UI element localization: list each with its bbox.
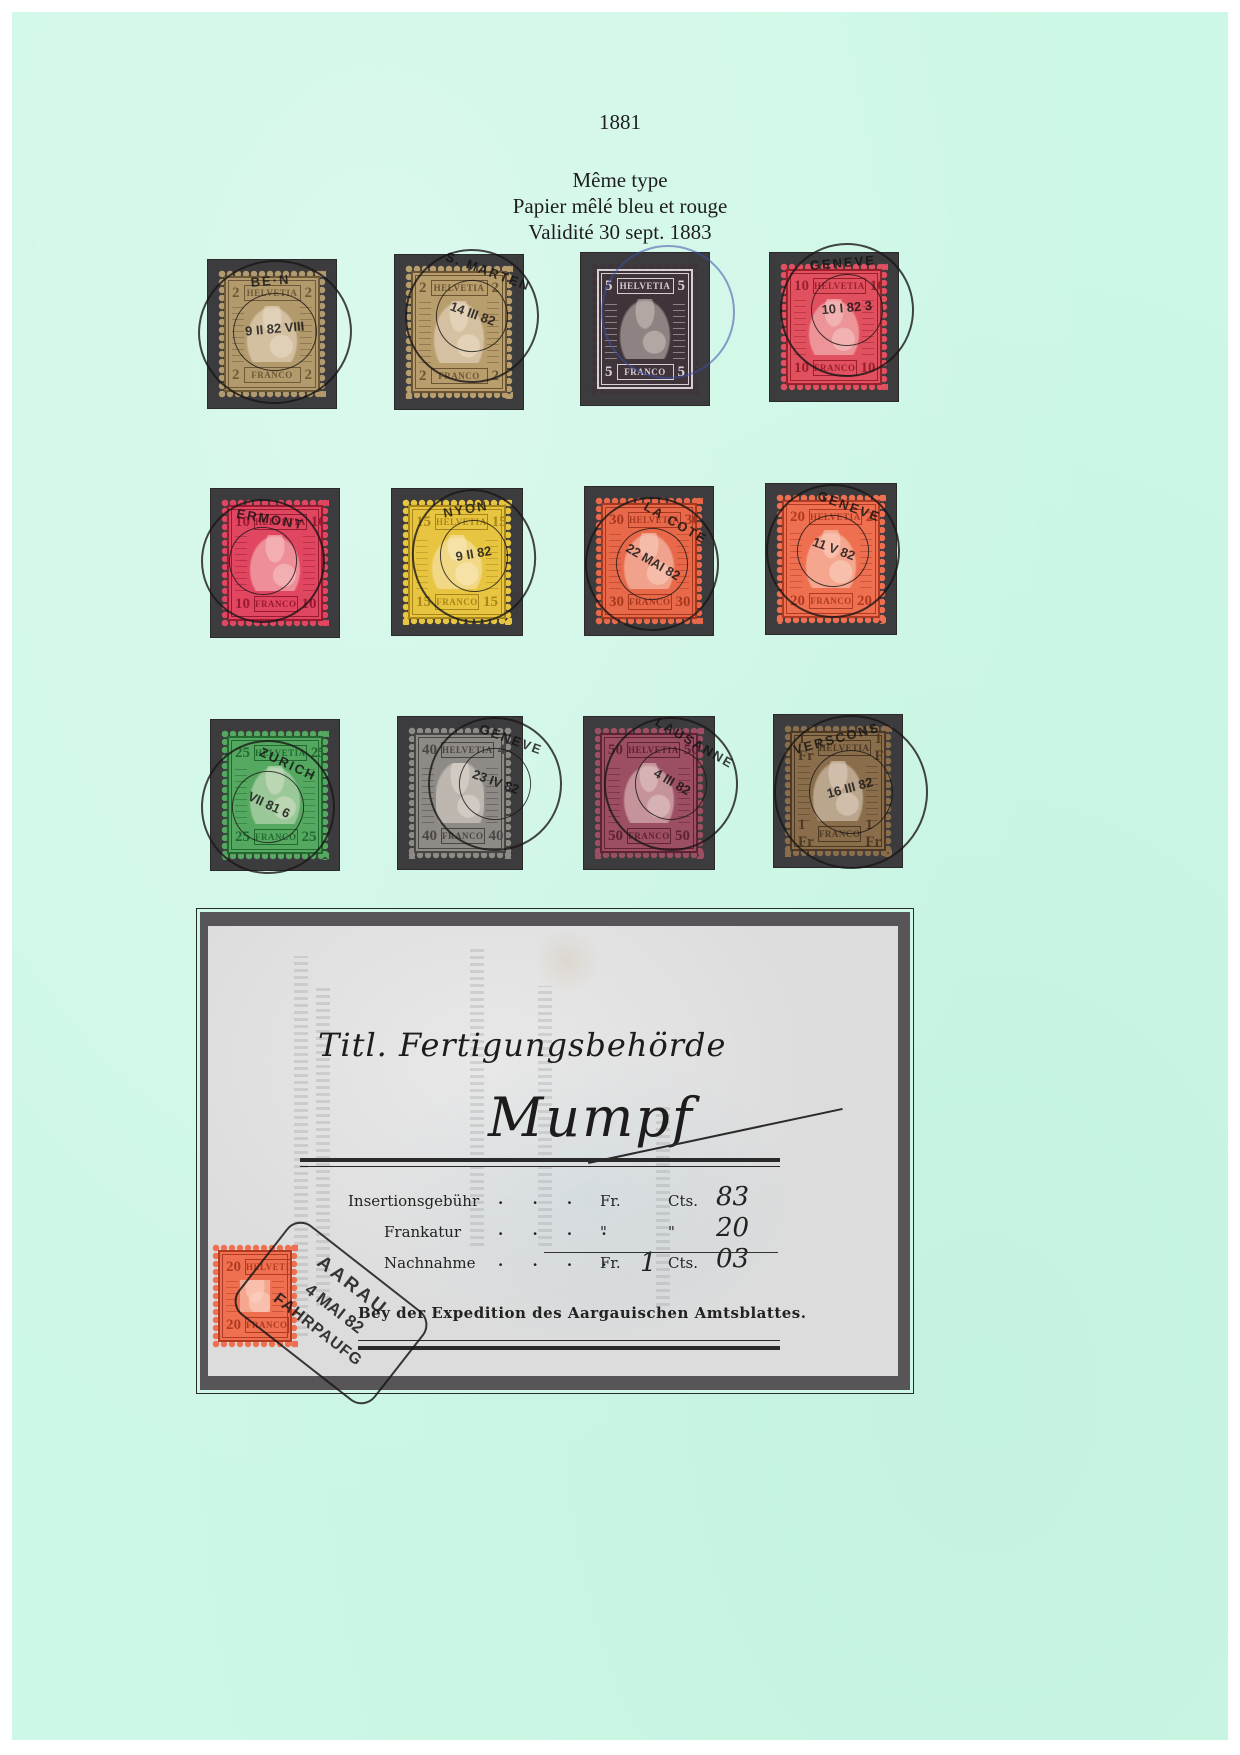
stamp-value: 2 xyxy=(492,368,500,385)
stamp-franco: FRANCO xyxy=(441,828,485,844)
stamp-value: 30 xyxy=(609,594,624,611)
stamp-value: 50 xyxy=(608,828,623,845)
stamp-top-band: 5 HELVETIA 5 xyxy=(605,277,685,295)
stamp-franco: FRANCO xyxy=(818,826,862,842)
seated-helvetia-figure xyxy=(249,535,301,591)
stamp-value: 1 Fr xyxy=(875,731,886,765)
stamp: 15 HELVETIA 15 15 FRANCO 15 xyxy=(402,499,512,625)
side-ornament xyxy=(678,763,690,823)
side-ornament xyxy=(798,761,810,821)
stamp-mount: 20 HELVETIA 20 20 FRANCO 20 GENEVE 11 V … xyxy=(766,484,896,634)
page-subtitle: Même type Papier mêlé bleu et rouge Vali… xyxy=(12,167,1228,245)
stamp-mount: 15 HELVETIA 15 15 FRANCO 15 NYON 9 II 82 xyxy=(392,489,522,635)
seated-helvetia-figure xyxy=(812,761,864,821)
stamp-value: 30 xyxy=(609,512,624,529)
seated-helvetia-figure xyxy=(619,299,671,359)
stamp-top-band: 30 HELVETIA 30 xyxy=(609,511,689,529)
stamp-country: HELVETIA xyxy=(435,514,488,530)
stamp-top-band: 10 HELVETIA 10 xyxy=(235,513,315,531)
stamp-country: HELVETIA xyxy=(818,740,871,756)
stamp-franco: FRANCO xyxy=(628,594,672,610)
stamp-value: 40 xyxy=(489,828,504,845)
seated-helvetia-figure xyxy=(808,299,860,355)
stamp-value: 10 xyxy=(302,596,317,613)
stamp-value: 1 Fr xyxy=(798,817,814,851)
stamp-value: 10 xyxy=(794,278,809,295)
sum-rule xyxy=(544,1252,778,1253)
stamp-face: 50 HELVETIA 50 50 FRANCO 50 xyxy=(600,733,698,853)
stamp: 25 HELVETIA 25 25 FRANCO 25 xyxy=(221,730,329,860)
stamp-value: 15 xyxy=(492,514,506,531)
stamp-value: 1 Fr xyxy=(865,817,881,851)
stamp-face: 2 HELVETIA 2 2 FRANCO 2 xyxy=(224,276,320,392)
stamp-value: 1 Fr xyxy=(798,731,814,765)
side-ornament xyxy=(487,301,499,363)
cover-paper: Titl. Fertigungsbehörde Mumpf Insertions… xyxy=(208,926,898,1376)
stamp-country: HELVETIA xyxy=(813,278,866,294)
stamp-franco: FRANCO xyxy=(627,828,671,844)
stamp-top-band: 20 HELVETIA 20 xyxy=(790,508,872,526)
stamp-value: 5 xyxy=(605,278,613,295)
stamp-top-band: 1 Fr HELVETIA 1 Fr xyxy=(798,739,878,757)
stamp-top-band: 15 HELVETIA 15 xyxy=(416,513,498,531)
rule-bottom-thin xyxy=(358,1340,780,1341)
stamp-value: 10 xyxy=(861,360,876,377)
stamp-mount: 10 HELVETIA 10 10 FRANCO 10 GENEVE 10 I … xyxy=(770,253,898,401)
stamp: 5 HELVETIA 5 5 FRANCO 5 xyxy=(591,263,699,395)
stamp-mount: 2 HELVETIA 2 2 FRANCO 2 BE·N 9 II 82 VII… xyxy=(208,260,336,408)
fee-label: Nachnahme xyxy=(384,1254,476,1272)
stamp: 40 HELVETIA 40 40 FRANCO 40 xyxy=(408,727,512,859)
stamp-value: 20 xyxy=(226,1317,241,1334)
stamp-value: 10 xyxy=(235,596,250,613)
stamp-value: 50 xyxy=(675,828,690,845)
stamp-mount: 2 HELVETIA 2 2 FRANCO 2 S. MARTEN 14 III… xyxy=(395,255,523,409)
fee-table: Insertionsgebühr . . . Fr. Cts. 83 Frank… xyxy=(348,1188,788,1281)
stamp-top-band: 50 HELVETIA 50 xyxy=(608,741,690,759)
page-year: 1881 xyxy=(12,110,1228,135)
seated-helvetia-figure xyxy=(623,533,675,589)
stamp-value: 25 xyxy=(235,829,250,846)
stamp-franco: FRANCO xyxy=(809,593,853,609)
stamp-country: HELVETIA xyxy=(441,742,494,758)
address-recipient: Titl. Fertigungsbehörde xyxy=(318,1026,726,1064)
stamp-franco: FRANCO xyxy=(254,596,298,612)
stamp-face: 10 HELVETIA 10 10 FRANCO 10 xyxy=(227,505,323,621)
side-ornament xyxy=(862,299,874,355)
stamp-value: 10 xyxy=(870,278,882,295)
subtitle-line-validity: Validité 30 sept. 1883 xyxy=(12,219,1228,245)
stamp-value: 10 xyxy=(794,360,809,377)
seated-helvetia-figure xyxy=(430,535,484,589)
stamp-franco: FRANCO xyxy=(254,829,298,845)
stamp-value: 2 xyxy=(232,367,240,384)
subtitle-line-paper: Papier mêlé bleu et rouge xyxy=(12,193,1228,219)
stamp-value: 5 xyxy=(605,364,613,381)
stamp-value: 2 xyxy=(419,368,427,385)
stamp-country: HELVETIA xyxy=(254,745,307,761)
stamp-value: 5 xyxy=(678,364,686,381)
seated-helvetia-figure xyxy=(249,766,301,824)
side-ornament xyxy=(673,299,685,359)
stamp-value: 50 xyxy=(684,742,698,759)
side-ornament xyxy=(605,299,617,359)
side-ornament xyxy=(866,761,878,821)
stamp-mount: 5 HELVETIA 5 5 FRANCO 5 xyxy=(581,253,709,405)
stamp-franco: FRANCO xyxy=(431,368,488,384)
stamp-value: 20 xyxy=(866,509,880,526)
stamp-value: 30 xyxy=(685,512,697,529)
stamp-top-band: 2 HELVETIA 2 xyxy=(419,279,499,297)
stamp-face: 20 HELVETIA 20 20 FRANCO 20 xyxy=(782,500,880,618)
stamp-value: 10 xyxy=(235,514,250,531)
stamp: 10 HELVETIA 10 10 FRANCO 10 xyxy=(780,263,888,391)
postal-cover: Titl. Fertigungsbehörde Mumpf Insertions… xyxy=(196,908,914,1394)
seated-helvetia-figure xyxy=(804,530,858,588)
stamp-value: 40 xyxy=(498,742,506,759)
stamp: 30 HELVETIA 30 30 FRANCO 30 xyxy=(595,497,703,625)
stamp-face: 15 HELVETIA 15 15 FRANCO 15 xyxy=(408,505,506,619)
stamp-bottom-band: 20 FRANCO 20 xyxy=(790,592,872,610)
stamp-face: 30 HELVETIA 30 30 FRANCO 30 xyxy=(601,503,697,619)
stamp-mount: 30 HELVETIA 30 30 FRANCO 30 LA COTE 22 M… xyxy=(585,487,713,635)
side-ornament xyxy=(235,535,247,591)
stamp-bottom-band: 10 FRANCO 10 xyxy=(794,359,874,377)
stamp-top-band: 25 HELVETIA 25 xyxy=(235,744,315,762)
rule-bottom xyxy=(358,1346,780,1350)
stamp-face: 5 HELVETIA 5 5 FRANCO 5 xyxy=(597,269,693,389)
side-ornament xyxy=(422,763,434,823)
seated-helvetia-figure xyxy=(436,763,484,823)
stamp-value: 5 xyxy=(678,278,686,295)
side-ornament xyxy=(486,535,498,589)
stamp-value: 25 xyxy=(302,829,317,846)
stamp-bottom-band: 10 FRANCO 10 xyxy=(235,595,315,613)
side-ornament xyxy=(235,766,247,824)
side-ornament xyxy=(608,763,620,823)
stamp-value: 2 xyxy=(492,280,500,297)
stamp-value: 40 xyxy=(422,828,437,845)
stamp-value: 2 xyxy=(305,285,313,302)
seated-helvetia-figure xyxy=(246,306,298,362)
stamp-value: 15 xyxy=(483,594,498,611)
stamp-value: 20 xyxy=(790,593,805,610)
stamp-top-band: 40 HELVETIA 40 xyxy=(422,741,498,759)
stamp-bottom-band: 40 FRANCO 40 xyxy=(422,827,498,845)
stamp-bottom-band: 5 FRANCO 5 xyxy=(605,363,685,381)
cover-mount: Titl. Fertigungsbehörde Mumpf Insertions… xyxy=(200,912,910,1390)
stamp-value: 20 xyxy=(790,509,805,526)
stamp-mount: 1 Fr HELVETIA 1 Fr 1 Fr FRANCO 1 Fr VERS… xyxy=(774,715,902,867)
rule-top xyxy=(300,1158,780,1162)
stamp-country: HELVETIA xyxy=(627,742,680,758)
stamp-value: 20 xyxy=(857,593,872,610)
fee-row-nachnahme: Nachnahme . . . . Fr. 1 Cts. 03 xyxy=(348,1250,788,1281)
stamp-mount: 25 HELVETIA 25 25 FRANCO 25 ZURICH VII 8… xyxy=(211,720,339,870)
stamp-value: 25 xyxy=(311,745,323,762)
stamp-franco: FRANCO xyxy=(244,367,301,383)
stamp-value: 40 xyxy=(422,742,437,759)
stamp-country: HELVETIA xyxy=(809,509,862,525)
stamp-value: 10 xyxy=(311,514,323,531)
address-town: Mumpf xyxy=(488,1086,694,1149)
fee-amount: 03 xyxy=(716,1244,749,1274)
stamp-value: 15 xyxy=(416,514,431,531)
stamp-mount: 10 HELVETIA 10 10 FRANCO 10 ERMONT xyxy=(211,489,339,637)
side-ornament xyxy=(860,530,872,588)
seated-helvetia-figure xyxy=(622,763,676,823)
stamp-value: 20 xyxy=(226,1259,241,1276)
side-ornament xyxy=(677,533,689,589)
stamp-value: 15 xyxy=(416,594,431,611)
side-ornament xyxy=(300,306,312,362)
side-ornament xyxy=(303,535,315,591)
stamp-bottom-band: 1 Fr FRANCO 1 Fr xyxy=(798,825,878,843)
stamp: 2 HELVETIA 2 2 FRANCO 2 xyxy=(218,270,326,398)
side-ornament xyxy=(416,535,428,589)
stamp-country: HELVETIA xyxy=(617,278,674,294)
stamp-country: HELVETIA xyxy=(628,512,681,528)
stamp-top-band: 10 HELVETIA 10 xyxy=(794,277,874,295)
stamp-country: HELVETIA xyxy=(431,280,488,296)
stamp-top-band: 2 HELVETIA 2 xyxy=(232,284,312,302)
side-ornament xyxy=(609,533,621,589)
fee-amount: 83 xyxy=(716,1182,749,1212)
stamp-bottom-band: 25 FRANCO 25 xyxy=(235,828,315,846)
side-ornament xyxy=(303,766,315,824)
stamp-value: 2 xyxy=(232,285,240,302)
stamp-franco: FRANCO xyxy=(435,594,479,610)
side-ornament xyxy=(486,763,498,823)
fee-amount: 20 xyxy=(716,1213,749,1243)
side-ornament xyxy=(232,306,244,362)
stamp-value: 25 xyxy=(235,745,250,762)
stamp: 50 HELVETIA 50 50 FRANCO 50 xyxy=(594,727,704,859)
stamp-face: 2 HELVETIA 2 2 FRANCO 2 xyxy=(411,271,507,393)
stamp-mount: 40 HELVETIA 40 40 FRANCO 40 GENEVE 23 IV… xyxy=(398,717,522,869)
stamp-value: 50 xyxy=(608,742,623,759)
stamp-value: 2 xyxy=(419,280,427,297)
stamp-face: 25 HELVETIA 25 25 FRANCO 25 xyxy=(227,736,323,854)
fee-label: Insertionsgebühr xyxy=(348,1192,479,1210)
stamp-bottom-band: 2 FRANCO 2 xyxy=(419,367,499,385)
stamp-franco: FRANCO xyxy=(813,360,857,376)
stamp-bottom-band: 2 FRANCO 2 xyxy=(232,366,312,384)
stamp: 2 HELVETIA 2 2 FRANCO 2 xyxy=(405,265,513,399)
stamp-face: 40 HELVETIA 40 40 FRANCO 40 xyxy=(414,733,506,853)
rule-top-thin xyxy=(300,1166,780,1167)
stamp-value: 2 xyxy=(305,367,313,384)
seated-helvetia-figure xyxy=(433,301,485,363)
stamp-face: 1 Fr HELVETIA 1 Fr 1 Fr FRANCO 1 Fr xyxy=(790,731,886,851)
stamp-value: 30 xyxy=(676,594,691,611)
stamp-bottom-band: 50 FRANCO 50 xyxy=(608,827,690,845)
stamp-country: HELVETIA xyxy=(244,285,301,301)
album-page: 1881 Même type Papier mêlé bleu et rouge… xyxy=(12,12,1228,1740)
stamp: 20 HELVETIA 20 20 FRANCO 20 xyxy=(776,494,886,624)
stamp-bottom-band: 30 FRANCO 30 xyxy=(609,593,689,611)
side-ornament xyxy=(794,299,806,355)
stamp-mount: 50 HELVETIA 50 50 FRANCO 50 LAUSANNE 4 I… xyxy=(584,717,714,869)
stamp-face: 10 HELVETIA 10 10 FRANCO 10 xyxy=(786,269,882,385)
stamp: 1 Fr HELVETIA 1 Fr 1 Fr FRANCO 1 Fr xyxy=(784,725,892,857)
side-ornament xyxy=(790,530,802,588)
stamp-country: HELVETIA xyxy=(254,514,307,530)
side-ornament xyxy=(419,301,431,363)
fee-label: Frankatur xyxy=(384,1223,461,1241)
stamp: 10 HELVETIA 10 10 FRANCO 10 xyxy=(221,499,329,627)
subtitle-line-type: Même type xyxy=(12,167,1228,193)
stamp-franco: FRANCO xyxy=(617,364,674,380)
stamp-bottom-band: 15 FRANCO 15 xyxy=(416,593,498,611)
